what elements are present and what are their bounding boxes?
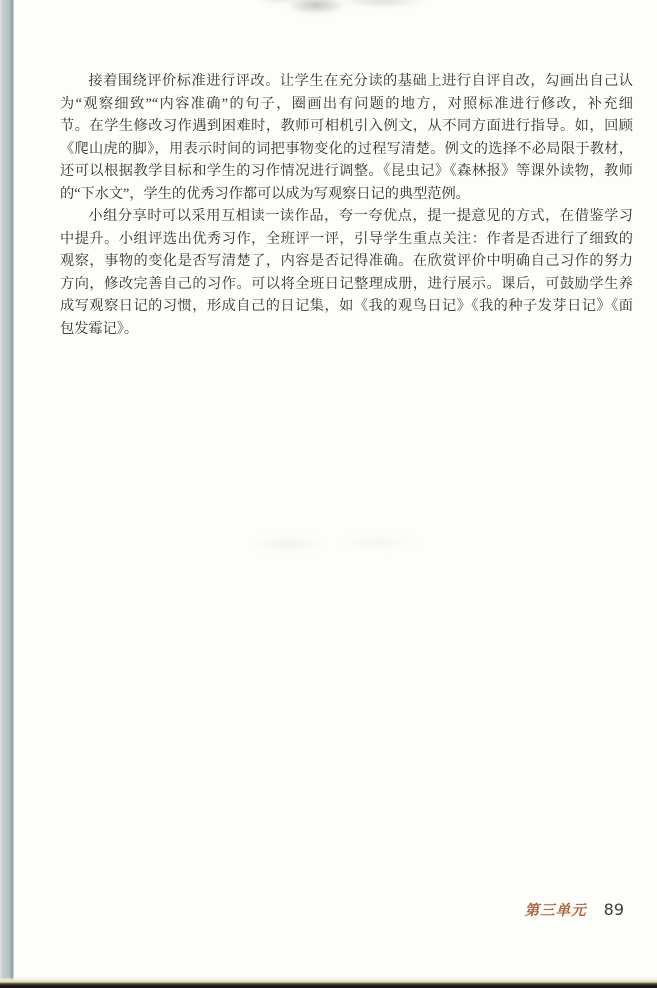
paragraph: 接着围绕评价标准进行评改。让学生在充分读的基础上进行自评自改，勾画出自己认为“观… xyxy=(60,70,633,205)
book-binding-edge xyxy=(0,0,14,988)
text-line: 《爬山虎的脚》，用表示时间的词把事物变化的过程写清楚。例文的选择不必局限于教材， xyxy=(60,138,633,161)
text-line: 中提升。小组评选出优秀习作，全班评一评，引导学生重点关注：作者是否进行了细致的 xyxy=(60,228,633,251)
ink-bleed-smudge-middle xyxy=(228,526,438,560)
unit-label: 第三单元 xyxy=(525,899,587,920)
text-line: 的“下水文”，学生的优秀习作都可以成为写观察日记的典型范例。 xyxy=(60,183,633,206)
text-line: 为“观察细致”“内容准确”的句子，圈画出有问题的地方，对照标准进行修改，补充细 xyxy=(60,93,633,116)
footer: 第三单元 89 xyxy=(525,899,624,920)
text-line: 包发霉记》。 xyxy=(60,318,633,341)
text-line: 方向，修改完善自己的习作。可以将全班日记整理成册，进行展示。课后，可鼓励学生养 xyxy=(60,273,633,296)
text-line: 小组分享时可以采用互相读一读作品，夸一夸优点，提一提意见的方式，在借鉴学习 xyxy=(60,205,633,228)
scanned-book-page: 接着围绕评价标准进行评改。让学生在充分读的基础上进行自评自改，勾画出自己认为“观… xyxy=(0,0,657,988)
ink-bleed-smudge-top xyxy=(258,0,438,23)
text-block: 接着围绕评价标准进行评改。让学生在充分读的基础上进行自评自改，勾画出自己认为“观… xyxy=(60,70,633,340)
paragraph: 小组分享时可以采用互相读一读作品，夸一夸优点，提一提意见的方式，在借鉴学习中提升… xyxy=(60,205,633,340)
text-line: 还可以根据教学目标和学生的习作情况进行调整。《昆虫记》《森林报》等课外读物，教师 xyxy=(60,160,633,183)
page-number: 89 xyxy=(604,900,624,919)
page-bottom-edge xyxy=(0,977,657,988)
text-line: 成写观察日记的习惯，形成自己的日记集，如《我的观鸟日记》《我的种子发芽日记》《面 xyxy=(60,295,633,318)
text-line: 接着围绕评价标准进行评改。让学生在充分读的基础上进行自评自改，勾画出自己认 xyxy=(60,70,633,93)
text-line: 观察，事物的变化是否写清楚了，内容是否记得准确。在欣赏评价中明确自己习作的努力 xyxy=(60,250,633,273)
text-line: 节。在学生修改习作遇到困难时，教师可相机引入例文，从不同方面进行指导。如，回顾 xyxy=(60,115,633,138)
